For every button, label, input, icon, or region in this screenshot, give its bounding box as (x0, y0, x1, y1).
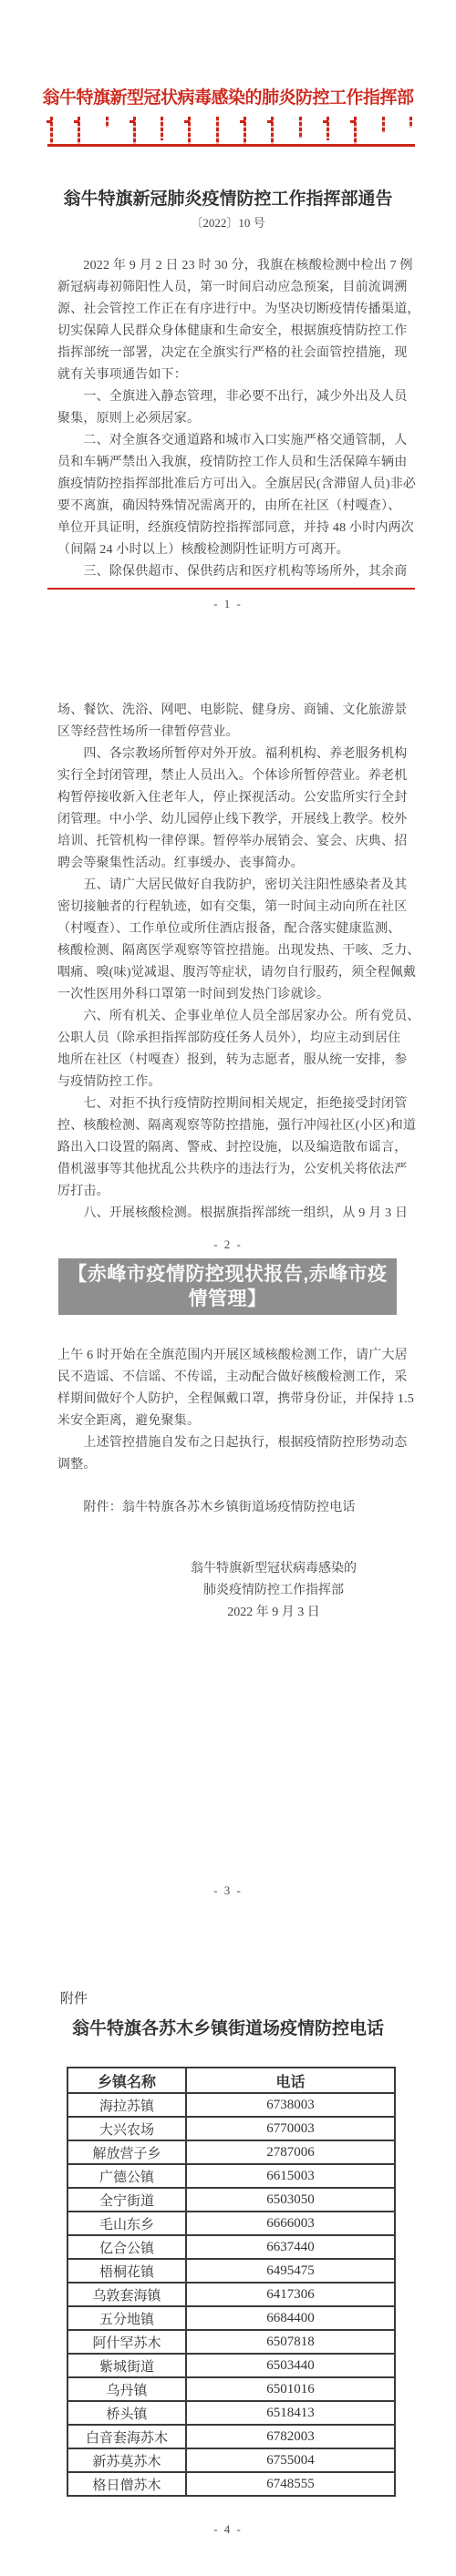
phone-cell: 6518413 (186, 2401, 395, 2425)
body-line: 二、对全旗各交通道路和城市入口实施严格交通管制，人 (57, 430, 413, 452)
body-line: 员和车辆严禁出入我旗，疫情防控工作人员和生活保障车辆由 (57, 452, 413, 474)
mongolian-script-icon (161, 117, 163, 140)
body-line: 民不造谣、不信谣、不传谣，主动配合做好核酸检测工作，采 (57, 1367, 413, 1389)
page-number-2: - 2 - (0, 1237, 456, 1252)
body-line: 与疫情防控工作。 (57, 1072, 413, 1093)
body-line: 米安全距离，避免聚集。 (57, 1411, 413, 1432)
table-row: 五分地镇 6684400 (67, 2306, 395, 2330)
attachment-title: 翁牛特旗各苏木乡镇街道场疫情防控电话 (0, 2015, 456, 2039)
town-name-cell: 亿合公镇 (67, 2235, 186, 2259)
mongolian-script-icon (326, 117, 329, 140)
phone-cell: 6684400 (186, 2306, 395, 2330)
mongolian-script-icon (354, 117, 357, 144)
body-line: 上午 6 时开始在全旗范围内开展区域核酸检测工作，请广大居 (57, 1345, 413, 1367)
doc-number: 〔2022〕10 号 (0, 213, 456, 231)
body-line: 厉打击。 (57, 1181, 413, 1203)
body-line: 新冠病毒初筛阳性人员，第一时间启动应急预案，目前流调溯 (57, 277, 413, 299)
phone-cell: 6738003 (186, 2093, 395, 2117)
letterhead-rule (47, 144, 415, 147)
town-name-cell: 广德公镇 (67, 2164, 186, 2188)
table-row: 全宁街道 6503050 (67, 2188, 395, 2212)
body-line: 密切接触者的行程轨迹，如有交集，第一时间主动向所在社区 (57, 897, 413, 919)
mongolian-script-icon (409, 117, 412, 128)
table-row: 梧桐花镇 6495475 (67, 2259, 395, 2283)
page1-footer-rule (47, 588, 415, 590)
table-row: 格日僧苏木 6748555 (67, 2472, 395, 2496)
body-line: 单位开具证明，经旗疫情防控指挥部同意，并持 48 小时内两次 (57, 518, 413, 539)
body-line: 三、除保供超市、保供药店和医疗机构等场所外，其余商 (57, 561, 413, 583)
body-line: 调整。 (57, 1454, 413, 1476)
town-name-cell: 阿什罕苏木 (67, 2330, 186, 2354)
phone-cell: 6417306 (186, 2283, 395, 2306)
table-row: 乌丹镇 6501016 (67, 2377, 395, 2401)
town-name-cell: 大兴农场 (67, 2117, 186, 2140)
body-line: 区等经营性场所一律暂停营业。 (57, 722, 413, 744)
caption-overlay: 【赤峰市疫情防控现状报告,赤峰市疫情管理】 (58, 1258, 397, 1315)
town-name-cell: 桥头镇 (67, 2401, 186, 2425)
town-name-cell: 梧桐花镇 (67, 2259, 186, 2283)
document-page: 翁牛特旗新型冠状病毒感染的肺炎防控工作指挥部 翁牛特旗新冠肺炎疫情防控工作指挥部… (0, 0, 456, 2576)
body-line: （村嘎查）、工作单位或所住酒店报备，配合落实健康监测、 (57, 919, 413, 940)
phone-cell: 6503440 (186, 2354, 395, 2377)
body-line: 样期间做好个人防护，全程佩戴口罩，携带身份证，并保持 1.5 (57, 1389, 413, 1411)
town-name-cell: 乌丹镇 (67, 2377, 186, 2401)
town-name-cell: 格日僧苏木 (67, 2472, 186, 2496)
page-number-3: - 3 - (0, 1883, 456, 1898)
body-line: 七、对拒不执行疫情防控期间相关规定，拒绝接受封闭管 (57, 1093, 413, 1115)
body-line: 六、所有机关、企事业单位人员全部居家办公。所有党员、 (57, 1006, 413, 1028)
body-line: 指挥部统一部署，决定在全旗实行严格的社会面管控措施，现 (57, 343, 413, 364)
mongolian-script-icon (188, 117, 191, 146)
table-row: 解放营子乡 2787006 (67, 2140, 395, 2164)
mongolian-script-icon (299, 117, 302, 139)
page2-body: 场、餐饮、洗浴、网吧、电影院、健身房、商铺、文化旅游景区等经营性场所一律暂停营业… (57, 700, 413, 1225)
mongolian-script-icon (382, 117, 385, 133)
attachment-ref-line: 附件：翁牛特旗各苏木乡镇街道场疫情防控电话 (57, 1497, 413, 1519)
body-line: 培训、托管机构一律停课。暂停举办展销会、宴会、庆典、招 (57, 831, 413, 853)
notice-title: 翁牛特旗新冠肺炎疫情防控工作指挥部通告 (0, 185, 456, 210)
mongolian-script-icon (78, 117, 80, 146)
table-row: 新苏莫苏木 6755004 (67, 2448, 395, 2472)
table-row: 乌敦套海镇 6417306 (67, 2283, 395, 2306)
mongolian-script-icon (106, 117, 109, 128)
body-line: 实行全封闭管理，禁止人员出入。个体诊所暂停营业。养老机 (57, 765, 413, 787)
body-line: 咽痛、嗅(味)觉减退、腹泻等症状，请勿自行服药，须全程佩戴 (57, 962, 413, 984)
phone-cell: 6666003 (186, 2212, 395, 2235)
table-row: 阿什罕苏木 6507818 (67, 2330, 395, 2354)
body-line: 核酸检测、隔离医学观察等管控措施。出现发热、干咳、乏力、 (57, 940, 413, 962)
body-line: 四、各宗教场所暂停对外开放。福利机构、养老服务机构 (57, 744, 413, 765)
table-row: 海拉苏镇 6738003 (67, 2093, 395, 2117)
page-number-4: - 4 - (0, 2522, 456, 2537)
page-number-1: - 1 - (0, 597, 456, 611)
page3-body-a: 上午 6 时开始在全旗范围内开展区域核酸检测工作，请广大居民不造谣、不信谣、不传… (57, 1345, 413, 1432)
town-name-cell: 新苏莫苏木 (67, 2448, 186, 2472)
table-row: 毛山东乡 6666003 (67, 2212, 395, 2235)
phone-cell: 6748555 (186, 2472, 395, 2496)
town-name-cell: 乌敦套海镇 (67, 2283, 186, 2306)
body-line: 借机滋事等其他扰乱公共秩序的违法行为，公安机关将依法严 (57, 1159, 413, 1181)
table-row: 桥头镇 6518413 (67, 2401, 395, 2425)
town-name-cell: 解放营子乡 (67, 2140, 186, 2164)
phone-cell: 6501016 (186, 2377, 395, 2401)
phone-cell: 6495475 (186, 2259, 395, 2283)
phone-cell: 6637440 (186, 2235, 395, 2259)
table-row: 广德公镇 6615003 (67, 2164, 395, 2188)
phone-cell: 6507818 (186, 2330, 395, 2354)
body-line: 切实保障人民群众身体健康和生命安全，根据旗疫情防控工作 (57, 321, 413, 343)
body-line: 一、全旗进入静态管理，非必要不出行，减少外出及人员 (57, 386, 413, 408)
body-line: 要不离旗，确因特殊情况需离开的，由所在社区（村嘎查）、 (57, 496, 413, 518)
caption-overlay-line: 【赤峰市疫情防控现状报告,赤峰市疫 (58, 1262, 397, 1287)
signature-block: 翁牛特旗新型冠状病毒感染的肺炎疫情防控工作指挥部2022 年 9 月 3 日 (91, 1558, 456, 1624)
signature-line: 翁牛特旗新型冠状病毒感染的 (91, 1558, 456, 1580)
signature-line: 2022 年 9 月 3 日 (91, 1602, 456, 1624)
body-line: 就有关事项通告如下： (57, 364, 413, 386)
table-row: 紫城街道 6503440 (67, 2354, 395, 2377)
body-line: 八、开展核酸检测。根据旗指挥部统一组织，从 9 月 3 日 (57, 1203, 413, 1225)
phone-cell: 6770003 (186, 2117, 395, 2140)
town-name-cell: 紫城街道 (67, 2354, 186, 2377)
body-line: 构暂停接收新入住老年人，停止探视活动。公安监所实行全封 (57, 787, 413, 809)
page3-body-b: 上述管控措施自发布之日起执行，根据疫情防控形势动态调整。 (57, 1432, 413, 1476)
page1-body: 2022 年 9 月 2 日 23 时 30 分，我旗在核酸检测中检出 7 例新… (57, 255, 413, 583)
phone-table: 乡镇名称 电话 海拉苏镇 6738003 大兴农场 6770003 解放营子乡 … (67, 2067, 396, 2497)
phone-cell: 6615003 (186, 2164, 395, 2188)
table-header-cell-town: 乡镇名称 (67, 2068, 186, 2093)
town-name-cell: 毛山东乡 (67, 2212, 186, 2235)
body-line: 2022 年 9 月 2 日 23 时 30 分，我旗在核酸检测中检出 7 例 (57, 255, 413, 277)
attachment-label: 附件 (60, 1988, 88, 2007)
town-name-cell: 全宁街道 (67, 2188, 186, 2212)
town-name-cell: 海拉苏镇 (67, 2093, 186, 2117)
table-row: 白音套海苏木 6782003 (67, 2425, 395, 2448)
mongolian-script-icon (216, 117, 219, 146)
caption-overlay-line: 情管理】 (58, 1287, 397, 1311)
body-line: 路出入口设置的隔离、警戒、封控设施，以及编造散布谣言， (57, 1137, 413, 1159)
body-line: 地所在社区（村嘎查）报到，转为志愿者，服从统一安排，参 (57, 1050, 413, 1072)
phone-cell: 2787006 (186, 2140, 395, 2164)
body-line: 闭管理。中小学、幼儿园停止线下教学，开展线上教学。校外 (57, 809, 413, 831)
table-row: 亿合公镇 6637440 (67, 2235, 395, 2259)
body-line: 公职人员（除承担指挥部防疫任务人员外），均应主动到居住 (57, 1028, 413, 1050)
body-line: （间隔 24 小时以上）核酸检测阴性证明方可离开。 (57, 539, 413, 561)
town-name-cell: 白音套海苏木 (67, 2425, 186, 2448)
body-line: 旗疫情防控指挥部批准后方可出入。全旗居民(含滞留人员)非必 (57, 474, 413, 496)
mongolian-script-icon (50, 117, 53, 144)
phone-cell: 6755004 (186, 2448, 395, 2472)
mongolian-script-row (50, 117, 412, 146)
letterhead-org-title: 翁牛特旗新型冠状病毒感染的肺炎防控工作指挥部 (0, 84, 456, 108)
body-line: 控、核酸检测、隔离观察等防控措施，强行冲闯社区(小区)和道 (57, 1115, 413, 1137)
phone-cell: 6503050 (186, 2188, 395, 2212)
body-line: 聚集，原则上必须居家。 (57, 408, 413, 430)
body-line: 聘会等聚集性活动。红事缓办、丧事简办。 (57, 853, 413, 875)
table-header-row: 乡镇名称 电话 (67, 2068, 395, 2093)
body-line: 一次性医用外科口罩第一时间到发热门诊就诊。 (57, 984, 413, 1006)
body-line: 场、餐饮、洗浴、网吧、电影院、健身房、商铺、文化旅游景 (57, 700, 413, 722)
table-row: 大兴农场 6770003 (67, 2117, 395, 2140)
town-name-cell: 五分地镇 (67, 2306, 186, 2330)
body-line: 上述管控措施自发布之日起执行，根据疫情防控形势动态 (57, 1432, 413, 1454)
table-header-cell-phone: 电话 (186, 2068, 395, 2093)
signature-line: 肺炎疫情防控工作指挥部 (91, 1580, 456, 1602)
mongolian-script-icon (271, 117, 274, 146)
body-line: 源、社会管控工作正在有序进行中。为坚决切断疫情传播渠道， (57, 299, 413, 321)
mongolian-script-icon (133, 117, 136, 144)
mongolian-script-icon (244, 117, 246, 144)
phone-cell: 6782003 (186, 2425, 395, 2448)
body-line: 五、请广大居民做好自我防护，密切关注阳性感染者及其 (57, 875, 413, 897)
